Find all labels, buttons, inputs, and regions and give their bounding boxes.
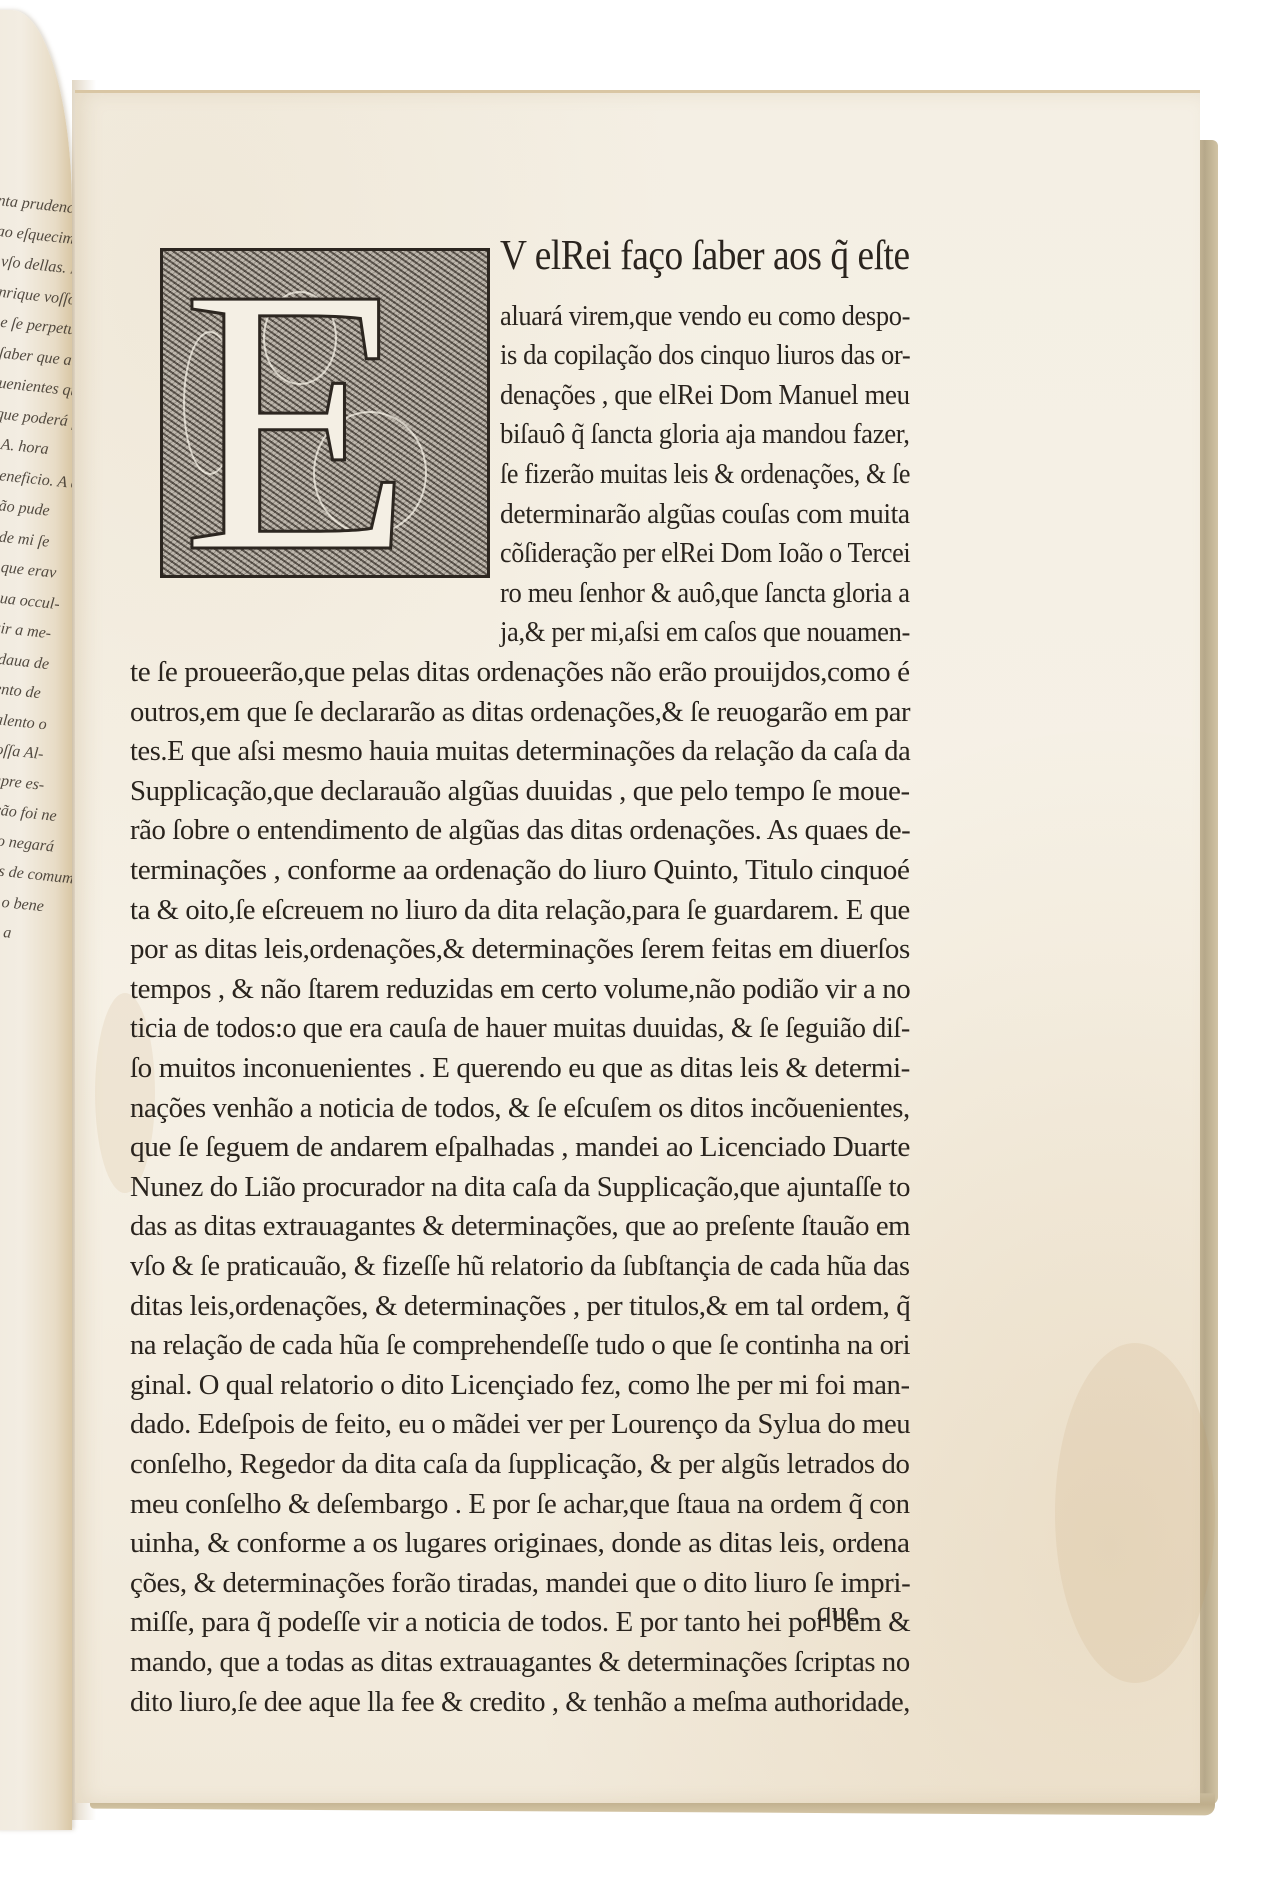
text-line: na relação de cada hũa ſe comprehendeſſe… bbox=[130, 1329, 910, 1362]
text-line: ſe fizerão muitas leis & ordenações, & ſ… bbox=[500, 458, 910, 491]
text-line: biſauô q̃ ſancta gloria aja mandou fazer… bbox=[500, 418, 910, 451]
text-line: determinarão algũas couſas com muita bbox=[500, 498, 910, 531]
text-line: que ſe ſeguem de andarem eſpalhadas , ma… bbox=[130, 1131, 910, 1164]
text-line: ticia de todos:o que era cauſa de hauer … bbox=[130, 1012, 910, 1045]
foxing-stain bbox=[1055, 1343, 1215, 1683]
text-line: aluará virem,que vendo eu como despo- bbox=[500, 300, 910, 333]
text-line: tempos , & não ſtarem reduzidas em certo… bbox=[130, 973, 910, 1006]
text-line: por as ditas leis,ordenações,& determina… bbox=[130, 933, 910, 966]
initial-letter: E bbox=[181, 248, 413, 578]
text-line: ſo muitos inconuenientes . E querendo eu… bbox=[130, 1052, 910, 1085]
verso-page: es tom tanta prudencias deixar ao eſquec… bbox=[0, 10, 72, 1830]
text-line: V elRei faço ſaber aos q̃ eſte bbox=[500, 232, 910, 280]
text-line: ta & oito,ſe eſcreuem no liuro da dita r… bbox=[130, 894, 910, 927]
text-line: mando, que a todas as ditas extrauagante… bbox=[130, 1646, 910, 1679]
catchword: que bbox=[817, 1596, 859, 1629]
text-line: miſſe, para q̃ podeſſe vir a noticia de … bbox=[130, 1606, 910, 1639]
text-line: cõſideração per elRei Dom Ioão o Tercei bbox=[500, 537, 910, 570]
woodcut-initial: E bbox=[160, 248, 490, 578]
text-line: outros,em que ſe declararão as ditas ord… bbox=[130, 696, 910, 729]
text-line: meu conſelho & deſembargo . E por ſe ach… bbox=[130, 1488, 910, 1521]
recto-page: E V elRei faço ſaber aos q̃ eſtealuará v… bbox=[75, 90, 1200, 1803]
text-line: tes.E que aſsi mesmo hauia muitas determ… bbox=[130, 735, 910, 768]
text-line: is da copilação dos cinquo liuros das or… bbox=[500, 339, 910, 372]
text-line: ginal. O qual relatorio o dito Licençiad… bbox=[130, 1369, 910, 1402]
text-line: ja,& per mi,aſsi em caſos que nouamen- bbox=[500, 616, 910, 649]
verso-text-fragment: es tom tanta prudencias deixar ao eſquec… bbox=[0, 180, 72, 973]
text-line: dado. Edeſpois de feito, eu o mãdei ver … bbox=[130, 1408, 910, 1441]
text-line: vſo & ſe praticauão, & fizeſſe hũ relato… bbox=[130, 1250, 910, 1283]
text-line: denações , que elRei Dom Manuel meu bbox=[500, 379, 910, 412]
text-line: Nunez do Lião procurador na dita caſa da… bbox=[130, 1171, 910, 1204]
text-line: das as ditas extrauagantes & determinaçõ… bbox=[130, 1210, 910, 1243]
text-line: nações venhão a noticia de todos, & ſe e… bbox=[130, 1092, 910, 1125]
text-line: uinha, & conforme a os lugares originaes… bbox=[130, 1527, 910, 1560]
text-line: te ſe proueerão,que pelas ditas ordenaçõ… bbox=[130, 656, 910, 689]
text-line: ditas leis,ordenações, & determinações ,… bbox=[130, 1290, 910, 1323]
text-line: ções, & determinações forão tiradas, man… bbox=[130, 1567, 910, 1600]
text-line: conſelho, Regedor da dita caſa da ſuppli… bbox=[130, 1448, 910, 1481]
text-line: terminações , conforme aa ordenação do l… bbox=[130, 854, 910, 887]
text-line: ro meu ſenhor & auô,que ſancta gloria a bbox=[500, 577, 910, 610]
text-line: Supplicação,que declarauão algũas duuida… bbox=[130, 775, 910, 808]
text-line: dito liuro,ſe dee aque lla fee & credito… bbox=[130, 1686, 910, 1719]
text-line: rão ſobre o entendimento de algũas das d… bbox=[130, 814, 910, 847]
